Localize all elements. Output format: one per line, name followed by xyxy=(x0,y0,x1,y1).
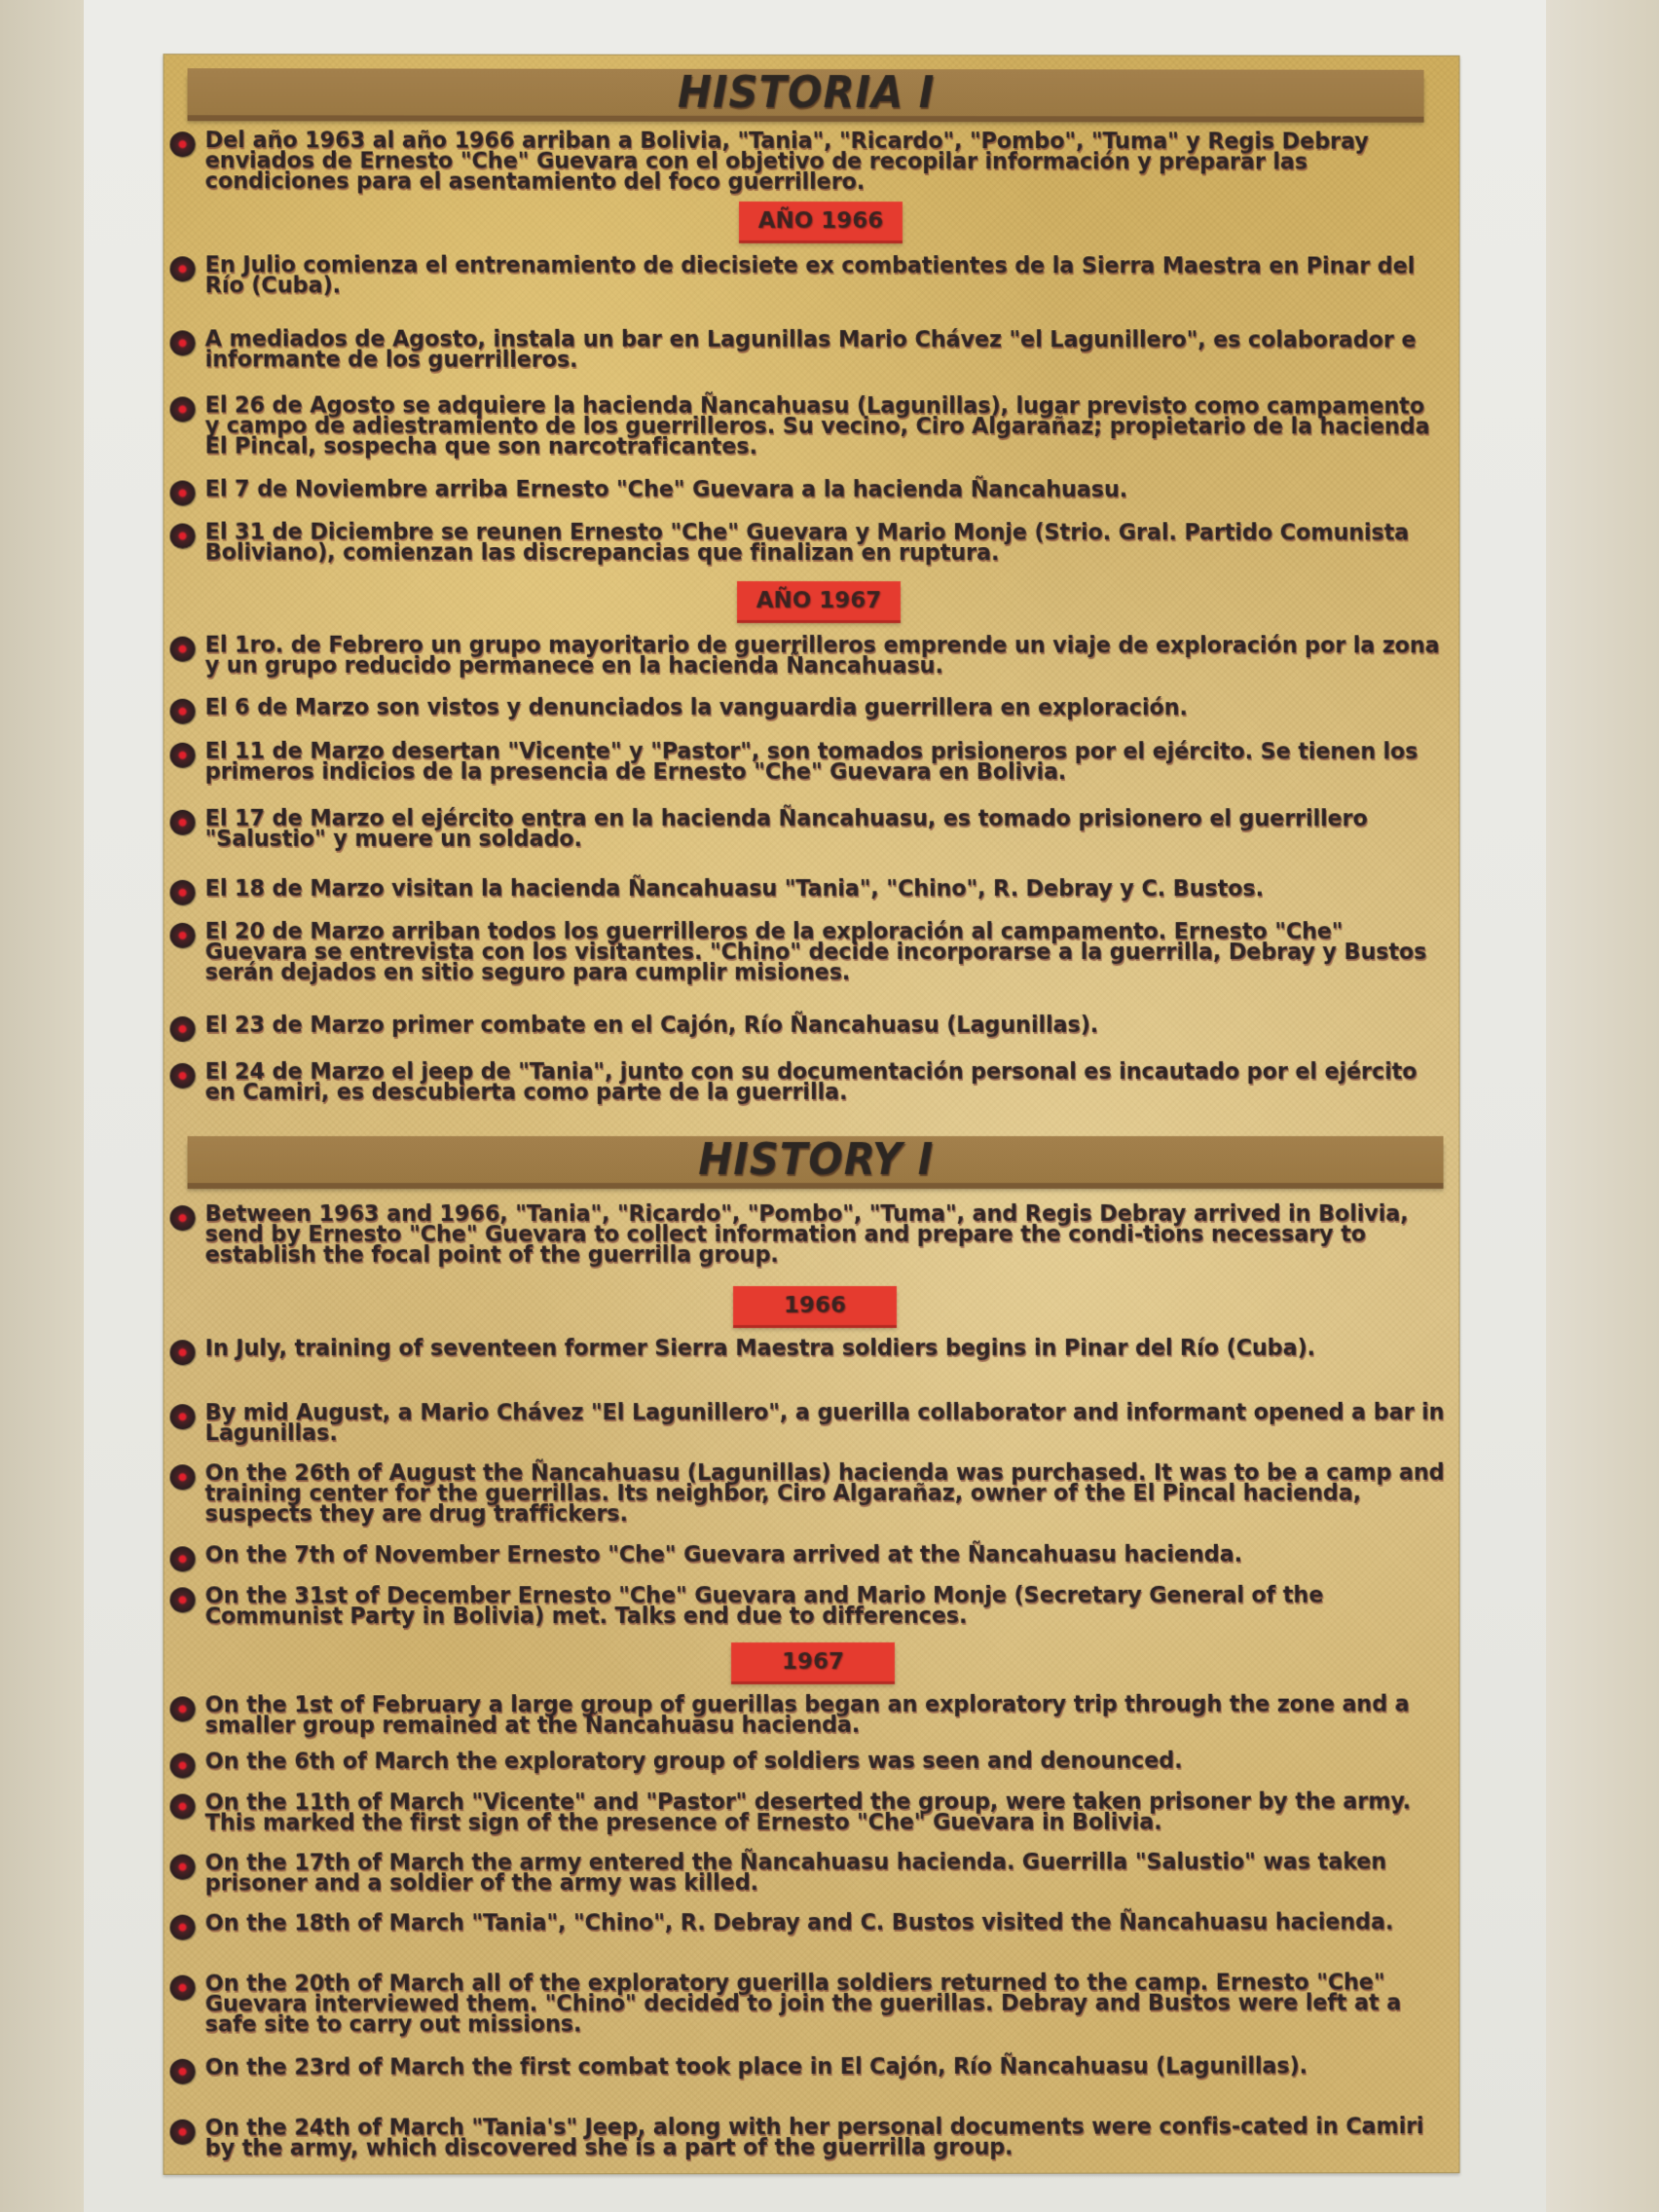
red-star-bullet-icon xyxy=(169,923,195,948)
item-text: El 11 de Marzo desertan "Vicente" y "Pas… xyxy=(205,742,1446,784)
list-item: On the 24th of March "Tania's" Jeep, alo… xyxy=(169,2117,1445,2159)
red-star-bullet-icon xyxy=(169,1016,195,1042)
red-star-bullet-icon xyxy=(169,2059,195,2084)
item-text: El 20 de Marzo arriban todos los guerril… xyxy=(205,922,1446,983)
red-star-bullet-icon xyxy=(169,880,195,905)
list-item: On the 11th of March "Vicente" and "Past… xyxy=(169,1791,1445,1833)
item-text: El 31 de Diciembre se reunen Ernesto "Ch… xyxy=(205,523,1446,565)
item-text: On the 11th of March "Vicente" and "Past… xyxy=(205,1791,1446,1833)
red-star-bullet-icon xyxy=(169,481,195,506)
title-bar-spanish: HISTORIA I xyxy=(188,68,1424,117)
red-star-bullet-icon xyxy=(169,1340,195,1365)
red-star-bullet-icon xyxy=(169,1546,195,1571)
item-text: On the 18th of March "Tania", "Chino", R… xyxy=(205,1912,1394,1934)
red-star-bullet-icon xyxy=(169,637,195,662)
list-item: On the 26th of August the Ñancahuasu (La… xyxy=(169,1463,1445,1526)
year-badge-1967-en: 1967 xyxy=(731,1642,895,1681)
history-panel: HISTORIA I Del año 1963 al año 1966 arri… xyxy=(163,54,1459,2175)
item-text: El 26 de Agosto se adquiere la hacienda … xyxy=(205,395,1446,458)
list-item: On the 7th of November Ernesto "Che" Gue… xyxy=(169,1545,1445,1572)
red-star-bullet-icon xyxy=(169,1855,195,1880)
item-text: By mid August, a Mario Chávez "El Laguni… xyxy=(205,1403,1446,1444)
list-item: En Julio comienza el entrenamiento de di… xyxy=(169,255,1445,297)
red-star-bullet-icon xyxy=(169,256,195,281)
list-item: El 20 de Marzo arriban todos los guerril… xyxy=(169,922,1445,983)
item-text: A mediados de Agosto, instala un bar en … xyxy=(205,329,1446,371)
item-text: El 18 de Marzo visitan la hacienda Ñanca… xyxy=(205,879,1264,900)
red-star-bullet-icon xyxy=(169,743,195,768)
list-item: A mediados de Agosto, instala un bar en … xyxy=(169,329,1445,371)
list-item: El 18 de Marzo visitan la hacienda Ñanca… xyxy=(169,879,1445,905)
item-text: On the 20th of March all of the explorat… xyxy=(205,1972,1446,2035)
list-item: On the 17th of March the army entered th… xyxy=(169,1852,1445,1894)
title-spanish: HISTORIA I xyxy=(678,67,935,117)
list-item: El 11 de Marzo desertan "Vicente" y "Pas… xyxy=(169,742,1445,784)
red-star-bullet-icon xyxy=(169,330,195,355)
item-text: On the 6th of March the exploratory grou… xyxy=(205,1751,1183,1773)
intro-spanish: Del año 1963 al año 1966 arriban a Boliv… xyxy=(205,130,1446,193)
red-star-bullet-icon xyxy=(169,1794,195,1820)
year-badge-1966-es: AÑO 1966 xyxy=(739,202,903,240)
list-item: El 6 de Marzo son vistos y denunciados l… xyxy=(169,698,1445,725)
red-star-bullet-icon xyxy=(169,396,195,422)
list-item: On the 1st of February a large group of … xyxy=(169,1695,1445,1737)
wall-right xyxy=(1546,0,1659,2212)
red-star-bullet-icon xyxy=(169,131,195,157)
item-text: El 24 de Marzo el jeep de "Tania", junto… xyxy=(205,1062,1446,1103)
item-text: On the 31st of December Ernesto "Che" Gu… xyxy=(205,1586,1446,1628)
list-item: On the 18th of March "Tania", "Chino", R… xyxy=(169,1912,1445,1939)
item-text: El 1ro. de Febrero un grupo mayoritario … xyxy=(205,636,1446,678)
list-item: Del año 1963 al año 1966 arriban a Boliv… xyxy=(169,130,1445,193)
item-text: On the 26th of August the Ñancahuasu (La… xyxy=(205,1463,1446,1526)
item-text: On the 1st of February a large group of … xyxy=(205,1695,1446,1737)
list-item: On the 20th of March all of the explorat… xyxy=(169,1972,1445,2035)
list-item: El 7 de Noviembre arriba Ernesto "Che" G… xyxy=(169,480,1445,507)
intro-english: Between 1963 and 1966, "Tania", "Ricardo… xyxy=(205,1204,1446,1266)
list-item: El 24 de Marzo el jeep de "Tania", junto… xyxy=(169,1062,1445,1103)
item-text: El 7 de Noviembre arriba Ernesto "Che" G… xyxy=(205,480,1127,501)
wall-left xyxy=(0,0,86,2212)
year-badge-1967-es: AÑO 1967 xyxy=(737,581,901,620)
red-star-bullet-icon xyxy=(169,1752,195,1778)
item-text: In July, training of seventeen former Si… xyxy=(205,1339,1315,1359)
list-item: El 17 de Marzo el ejército entra en la h… xyxy=(169,809,1445,850)
list-item: On the 23rd of March the first combat to… xyxy=(169,2056,1445,2083)
red-star-bullet-icon xyxy=(169,1063,195,1088)
list-item: Between 1963 and 1966, "Tania", "Ricardo… xyxy=(169,1204,1445,1266)
red-star-bullet-icon xyxy=(169,1975,195,2001)
list-item: El 23 de Marzo primer combate en el Cajó… xyxy=(169,1015,1445,1042)
list-item: El 31 de Diciembre se reunen Ernesto "Ch… xyxy=(169,523,1445,565)
list-item: In July, training of seventeen former Si… xyxy=(169,1339,1445,1365)
item-text: El 17 de Marzo el ejército entra en la h… xyxy=(205,809,1446,850)
item-text: On the 23rd of March the first combat to… xyxy=(205,2056,1308,2078)
red-star-bullet-icon xyxy=(169,1464,195,1490)
item-text: En Julio comienza el entrenamiento de di… xyxy=(205,255,1446,297)
list-item: On the 6th of March the exploratory grou… xyxy=(169,1751,1445,1779)
item-text: El 23 de Marzo primer combate en el Cajó… xyxy=(205,1015,1098,1036)
list-item: On the 31st of December Ernesto "Che" Gu… xyxy=(169,1586,1445,1628)
red-star-bullet-icon xyxy=(169,1915,195,1940)
red-star-bullet-icon xyxy=(169,1696,195,1721)
red-star-bullet-icon xyxy=(169,1404,195,1429)
title-bar-english: HISTORY I xyxy=(188,1136,1444,1183)
list-item: By mid August, a Mario Chávez "El Laguni… xyxy=(169,1403,1445,1444)
item-text: On the 24th of March "Tania's" Jeep, alo… xyxy=(205,2117,1446,2159)
red-star-bullet-icon xyxy=(169,524,195,549)
red-star-bullet-icon xyxy=(169,2120,195,2145)
red-star-bullet-icon xyxy=(169,699,195,724)
red-star-bullet-icon xyxy=(169,1587,195,1612)
red-star-bullet-icon xyxy=(169,810,195,835)
title-english: HISTORY I xyxy=(698,1134,934,1184)
item-text: On the 17th of March the army entered th… xyxy=(205,1852,1446,1894)
list-item: El 26 de Agosto se adquiere la hacienda … xyxy=(169,395,1445,458)
year-badge-1966-en: 1966 xyxy=(733,1286,897,1325)
red-star-bullet-icon xyxy=(169,1205,195,1231)
item-text: On the 7th of November Ernesto "Che" Gue… xyxy=(205,1545,1242,1567)
list-item: El 1ro. de Febrero un grupo mayoritario … xyxy=(169,636,1445,678)
item-text: El 6 de Marzo son vistos y denunciados l… xyxy=(205,698,1188,719)
